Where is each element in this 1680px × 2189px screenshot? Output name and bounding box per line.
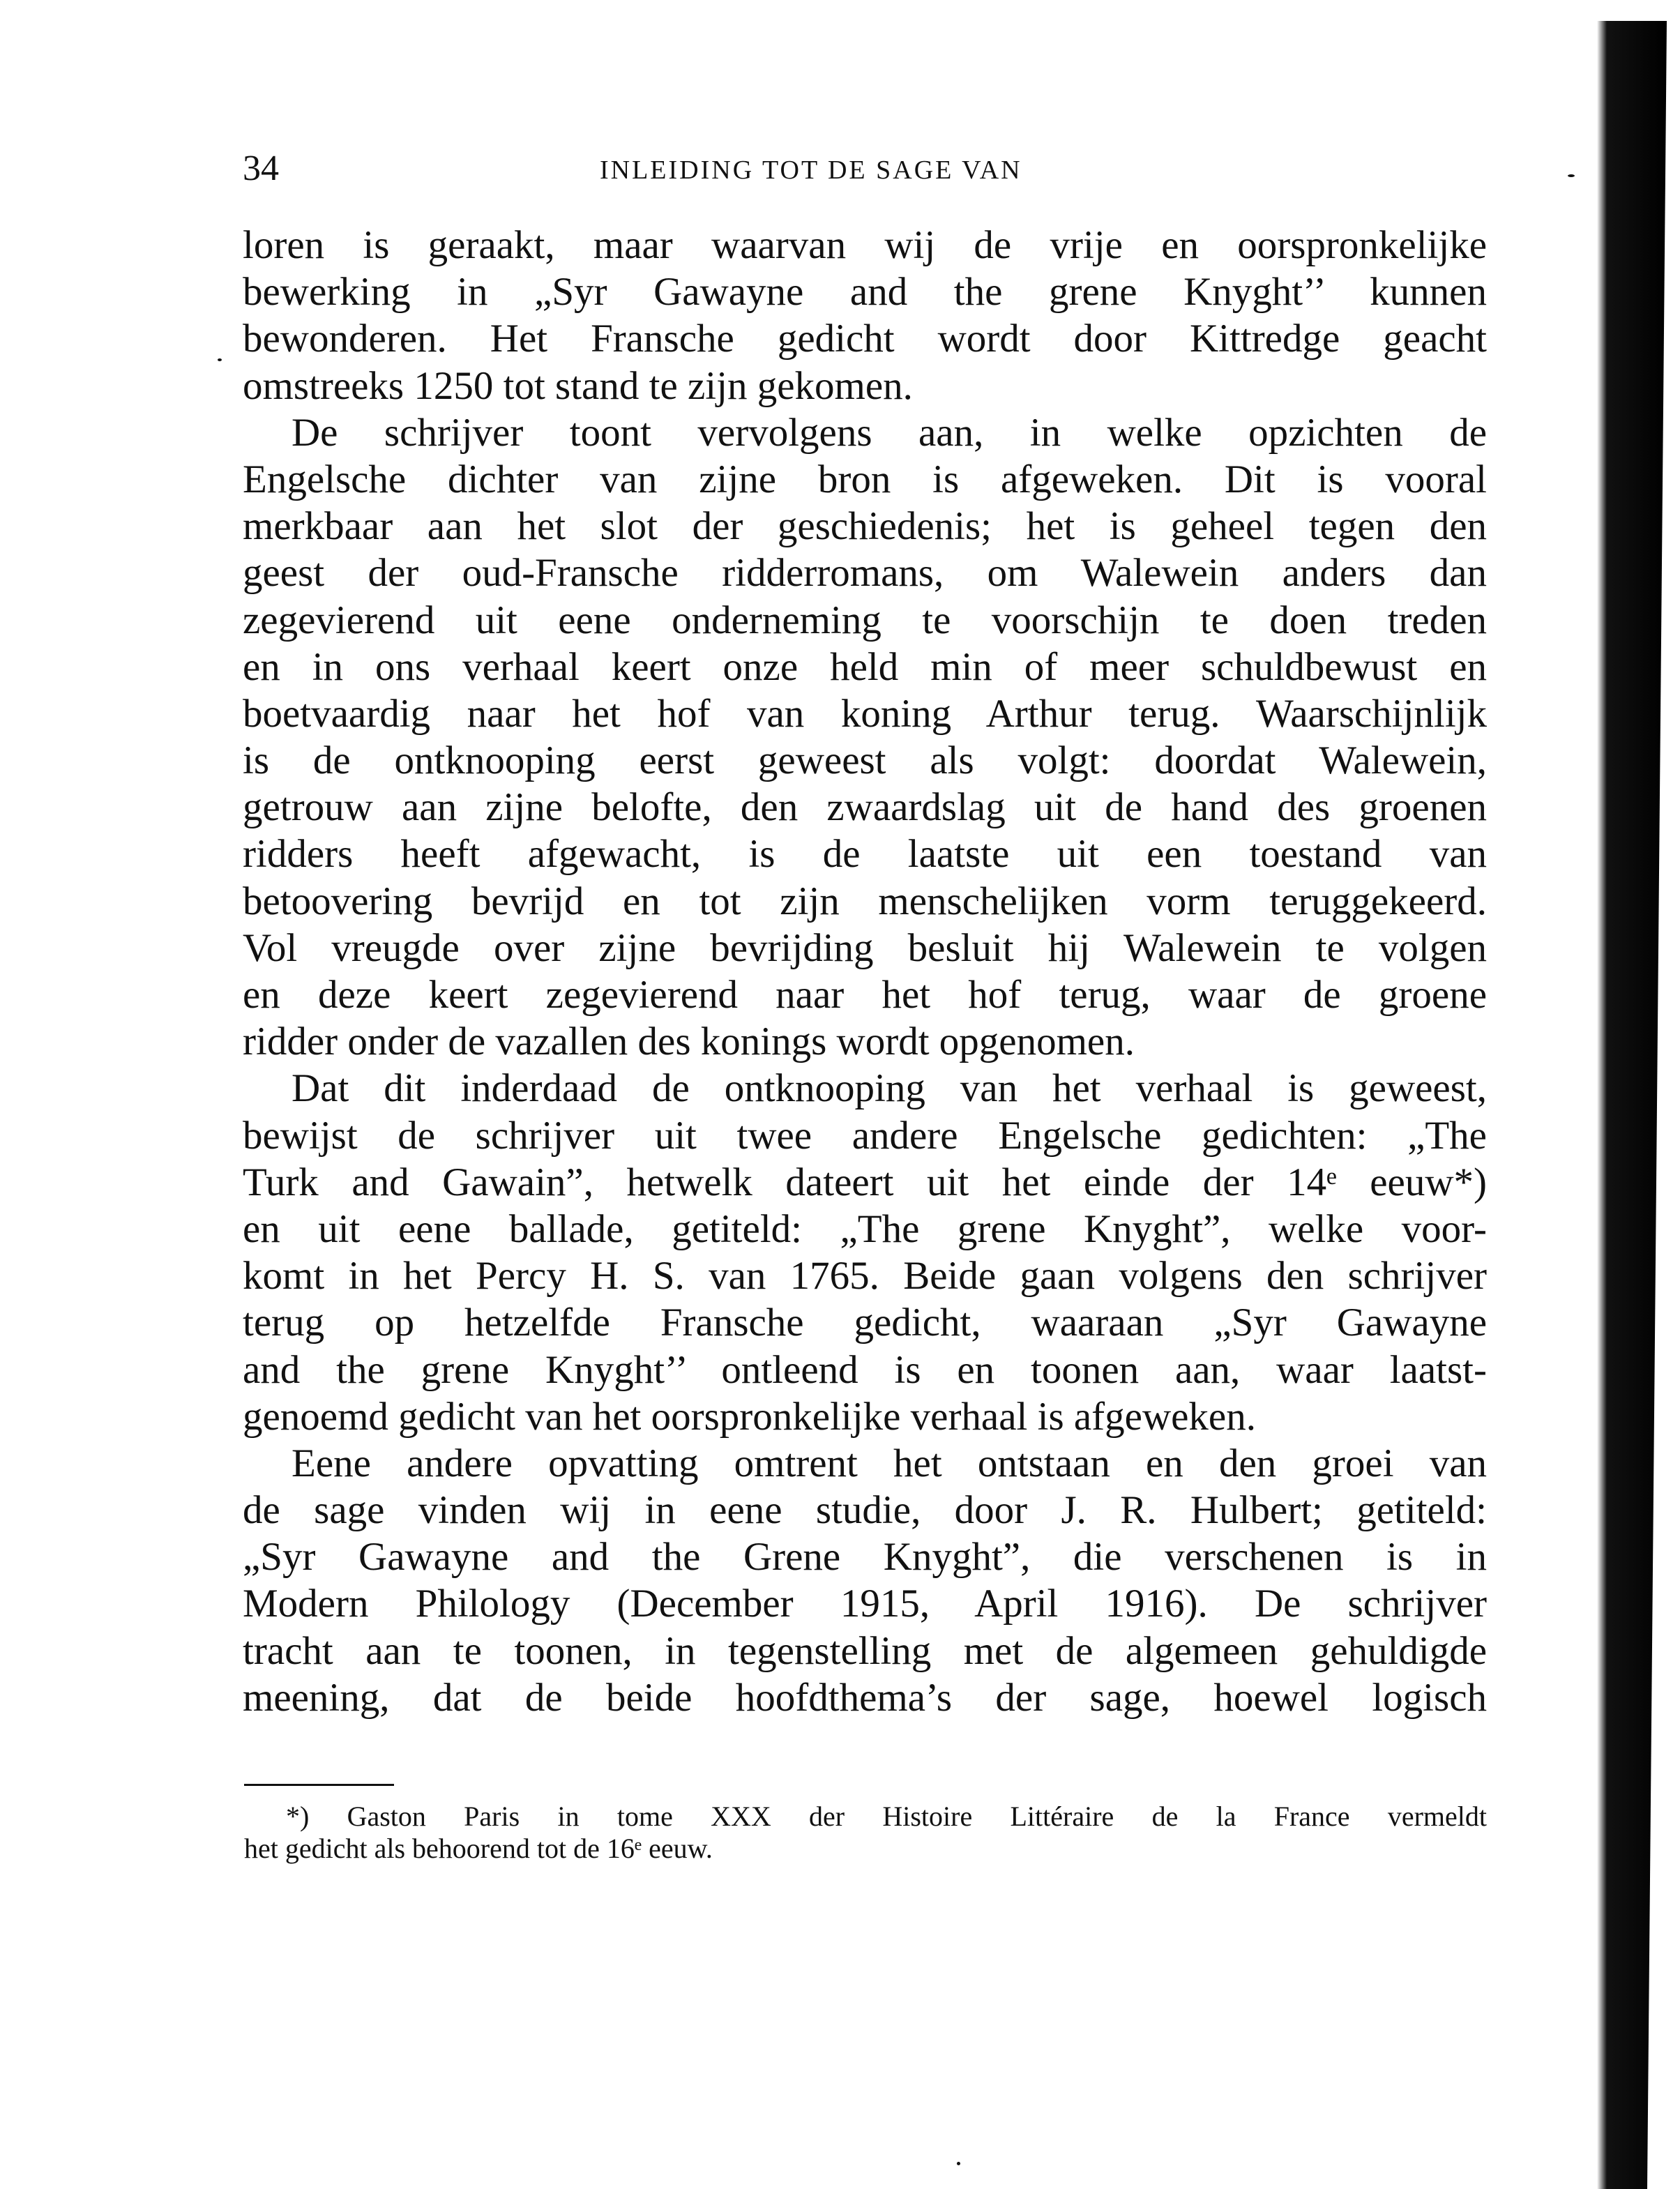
scan-edge-shadow (1597, 21, 1667, 2189)
text-line: genoemd gedicht van het oorspronkelijke … (243, 1393, 1487, 1440)
text-line: bewerking in „Syr Gawayne and the grene … (243, 268, 1487, 315)
text-line: getrouw aan zijne belofte, den zwaardsla… (243, 784, 1487, 831)
body-text: loren is geraakt, maar waarvan wij de vr… (243, 222, 1487, 1721)
text-line: loren is geraakt, maar waarvan wij de vr… (243, 222, 1487, 268)
text-line: Modern Philology (December 1915, April 1… (243, 1580, 1487, 1627)
scan-speck (957, 2162, 960, 2165)
text-line: tracht aan te toonen, in tegenstelling m… (243, 1628, 1487, 1674)
text-line: ridder onder de vazallen des konings wor… (243, 1018, 1487, 1065)
text-line: ridders heeft afgewacht, is de laatste u… (243, 831, 1487, 877)
scan-speck (218, 358, 222, 361)
text-line: Dat dit inderdaad de ontknooping van het… (243, 1065, 1487, 1112)
text-line: bewonderen. Het Fransche gedicht wordt d… (243, 315, 1487, 362)
running-title: INLEIDING TOT DE SAGE VAN (600, 155, 1022, 185)
text-line: de sage vinden wij in eene studie, door … (243, 1487, 1487, 1533)
book-page: 34 INLEIDING TOT DE SAGE VAN loren is ge… (0, 0, 1680, 2189)
text-line: De schrijver toont vervolgens aan, in we… (243, 409, 1487, 456)
text-line: meening, dat de beide hoofdthema’s der s… (243, 1674, 1487, 1721)
text-line: Vol vreugde over zijne bevrijding beslui… (243, 925, 1487, 971)
footnote: *) Gaston Paris in tome XXX der Histoire… (244, 1801, 1487, 1865)
scan-speck (1568, 174, 1575, 177)
text-line: Eene andere opvatting omtrent het ontsta… (243, 1440, 1487, 1487)
footnote-rule (244, 1784, 394, 1786)
footnote-line: het gedicht als behoorend tot de 16ᵉ eeu… (244, 1833, 1487, 1865)
text-line: and the grene Knyght’’ ontleend is en to… (243, 1347, 1487, 1393)
text-line: en in ons verhaal keert onze held min of… (243, 644, 1487, 690)
text-line: geest der oud-Fransche ridderromans, om … (243, 550, 1487, 596)
text-line: merkbaar aan het slot der geschiedenis; … (243, 503, 1487, 550)
text-line: bewijst de schrijver uit twee andere Eng… (243, 1112, 1487, 1159)
footnote-line: *) Gaston Paris in tome XXX der Histoire… (244, 1801, 1487, 1833)
text-line: terug op hetzelfde Fransche gedicht, waa… (243, 1299, 1487, 1346)
text-line: boetvaardig naar het hof van koning Arth… (243, 690, 1487, 737)
text-line: omstreeks 1250 tot stand te zijn gekomen… (243, 363, 1487, 409)
text-line: „Syr Gawayne and the Grene Knyght”, die … (243, 1533, 1487, 1580)
text-line: Engelsche dichter van zijne bron is afge… (243, 456, 1487, 503)
text-line: en deze keert zegevierend naar het hof t… (243, 971, 1487, 1018)
text-line: is de ontknooping eerst geweest als volg… (243, 737, 1487, 784)
text-line: komt in het Percy H. S. van 1765. Beide … (243, 1252, 1487, 1299)
text-line: zegevierend uit eene onderneming te voor… (243, 597, 1487, 644)
page-number: 34 (243, 148, 279, 190)
text-line: Turk and Gawain”, hetwelk dateert uit he… (243, 1159, 1487, 1206)
text-line: en uit eene ballade, getiteld: „The gren… (243, 1206, 1487, 1252)
text-line: betoovering bevrijd en tot zijn menschel… (243, 878, 1487, 925)
